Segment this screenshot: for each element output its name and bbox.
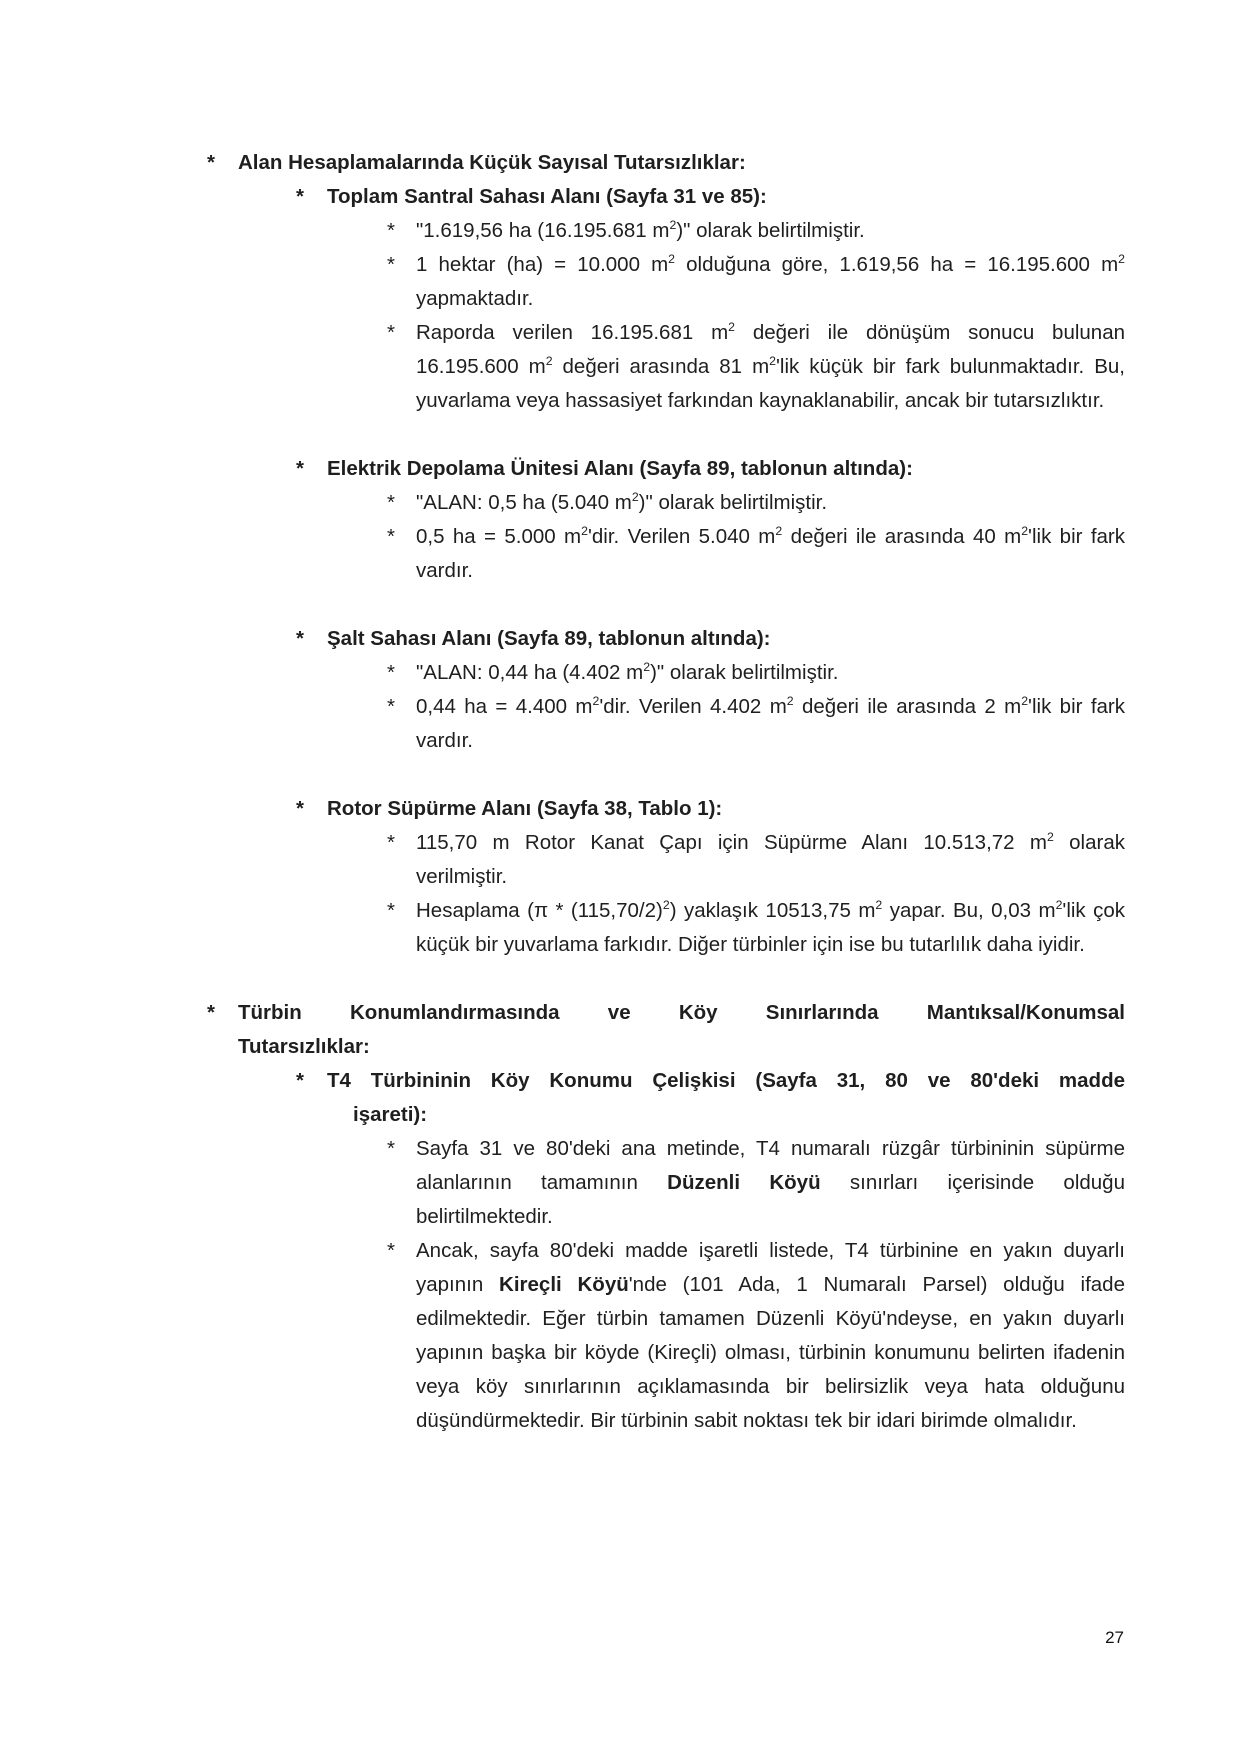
bullet-asterisk: * — [296, 792, 316, 826]
section-heading-area-calculations: * Alan Hesaplamalarında Küçük Sayısal Tu… — [207, 146, 1125, 180]
list-item: * Sayfa 31 ve 80'deki ana metinde, T4 nu… — [207, 1132, 1125, 1234]
superscript: 2 — [1047, 830, 1054, 844]
subsection-heading-rotor-swept-area: * Rotor Süpürme Alanı (Sayfa 38, Tablo 1… — [207, 792, 1125, 826]
bullet-asterisk: * — [387, 1132, 407, 1166]
list-item-text: "1.619,56 ha (16.195.681 m2)" olarak bel… — [416, 219, 865, 242]
village-name-duzenli: Düzenli Köyü — [667, 1171, 820, 1194]
superscript: 2 — [668, 252, 675, 266]
superscript: 2 — [728, 320, 735, 334]
spacer — [207, 588, 1125, 622]
bullet-asterisk: * — [387, 520, 407, 554]
bullet-asterisk: * — [387, 690, 407, 724]
section-heading-line-1: Türbin Konumlandırmasında ve Köy Sınırla… — [238, 996, 1125, 1030]
document-page: * Alan Hesaplamalarında Küçük Sayısal Tu… — [0, 0, 1241, 1755]
list-item-text: 115,70 m Rotor Kanat Çapı için Süpürme A… — [416, 831, 1125, 888]
bullet-asterisk: * — [296, 1064, 316, 1098]
document-body: * Alan Hesaplamalarında Küçük Sayısal Tu… — [207, 146, 1125, 1438]
list-item-text: Ancak, sayfa 80'deki madde işaretli list… — [416, 1239, 1125, 1432]
section-heading-line-2: Tutarsızlıklar: — [238, 1030, 1125, 1064]
list-item-text: 0,5 ha = 5.000 m2'dir. Verilen 5.040 m2 … — [416, 525, 1125, 582]
list-item-text: "ALAN: 0,5 ha (5.040 m2)" olarak belirti… — [416, 491, 827, 514]
bullet-asterisk: * — [296, 180, 316, 214]
bullet-asterisk: * — [387, 826, 407, 860]
superscript: 2 — [546, 354, 553, 368]
bullet-asterisk: * — [387, 1234, 407, 1268]
list-item: * 115,70 m Rotor Kanat Çapı için Süpürme… — [207, 826, 1125, 894]
list-item: * "ALAN: 0,5 ha (5.040 m2)" olarak belir… — [207, 486, 1125, 520]
bullet-asterisk: * — [207, 996, 227, 1030]
subsection-heading-switchyard-area: * Şalt Sahası Alanı (Sayfa 89, tablonun … — [207, 622, 1125, 656]
bullet-asterisk: * — [207, 146, 227, 180]
spacer — [207, 418, 1125, 452]
superscript: 2 — [1056, 898, 1063, 912]
bullet-asterisk: * — [296, 452, 316, 486]
subsection-heading-line-1: T4 Türbininin Köy Konumu Çelişkisi (Sayf… — [327, 1064, 1125, 1098]
list-item: * Ancak, sayfa 80'deki madde işaretli li… — [207, 1234, 1125, 1438]
superscript: 2 — [669, 218, 676, 232]
subsection-heading-text: Toplam Santral Sahası Alanı (Sayfa 31 ve… — [327, 185, 767, 208]
list-item: * 0,44 ha = 4.400 m2'dir. Verilen 4.402 … — [207, 690, 1125, 758]
subsection-heading-storage-unit-area: * Elektrik Depolama Ünitesi Alanı (Sayfa… — [207, 452, 1125, 486]
superscript: 2 — [581, 524, 588, 538]
subsection-heading-t4-village-conflict: * T4 Türbininin Köy Konumu Çelişkisi (Sa… — [207, 1064, 1125, 1132]
superscript: 2 — [593, 694, 600, 708]
list-item: * Hesaplama (π * (115,70/2)2) yaklaşık 1… — [207, 894, 1125, 962]
subsection-heading-line-2: işareti): — [327, 1098, 1125, 1132]
section-heading-turbin-positioning: * Türbin Konumlandırmasında ve Köy Sınır… — [207, 996, 1125, 1064]
superscript: 2 — [632, 490, 639, 504]
subsection-heading-text: Rotor Süpürme Alanı (Sayfa 38, Tablo 1): — [327, 797, 722, 820]
list-item: * 0,5 ha = 5.000 m2'dir. Verilen 5.040 m… — [207, 520, 1125, 588]
bullet-asterisk: * — [387, 656, 407, 690]
list-item: * Raporda verilen 16.195.681 m2 değeri i… — [207, 316, 1125, 418]
bullet-asterisk: * — [296, 622, 316, 656]
subsection-heading-total-site-area: * Toplam Santral Sahası Alanı (Sayfa 31 … — [207, 180, 1125, 214]
superscript: 2 — [787, 694, 794, 708]
subsection-heading-text: Şalt Sahası Alanı (Sayfa 89, tablonun al… — [327, 627, 771, 650]
spacer — [207, 962, 1125, 996]
superscript: 2 — [643, 660, 650, 674]
spacer — [207, 758, 1125, 792]
list-item: * 1 hektar (ha) = 10.000 m2 olduğuna gör… — [207, 248, 1125, 316]
superscript: 2 — [1021, 694, 1028, 708]
list-item-text: "ALAN: 0,44 ha (4.402 m2)" olarak belirt… — [416, 661, 838, 684]
village-name-kirecli: Kireçli Köyü — [499, 1273, 629, 1296]
page-number: 27 — [1100, 1628, 1124, 1648]
list-item-text: 1 hektar (ha) = 10.000 m2 olduğuna göre,… — [416, 253, 1125, 310]
bullet-asterisk: * — [387, 248, 407, 282]
superscript: 2 — [1118, 252, 1125, 266]
bullet-asterisk: * — [387, 486, 407, 520]
list-item-text: Sayfa 31 ve 80'deki ana metinde, T4 numa… — [416, 1137, 1125, 1228]
list-item-text: Hesaplama (π * (115,70/2)2) yaklaşık 105… — [416, 899, 1125, 956]
superscript: 2 — [769, 354, 776, 368]
superscript: 2 — [663, 898, 670, 912]
list-item-text: Raporda verilen 16.195.681 m2 değeri ile… — [416, 321, 1125, 412]
superscript: 2 — [875, 898, 882, 912]
list-item: * "1.619,56 ha (16.195.681 m2)" olarak b… — [207, 214, 1125, 248]
list-item-text: 0,44 ha = 4.400 m2'dir. Verilen 4.402 m2… — [416, 695, 1125, 752]
subsection-heading-text: Elektrik Depolama Ünitesi Alanı (Sayfa 8… — [327, 457, 913, 480]
text-run: 'nde (101 Ada, 1 Numaralı Parsel) olduğu… — [416, 1273, 1125, 1432]
list-item: * "ALAN: 0,44 ha (4.402 m2)" olarak beli… — [207, 656, 1125, 690]
superscript: 2 — [1021, 524, 1028, 538]
section-heading-text: Alan Hesaplamalarında Küçük Sayısal Tuta… — [238, 151, 746, 174]
bullet-asterisk: * — [387, 214, 407, 248]
superscript: 2 — [775, 524, 782, 538]
bullet-asterisk: * — [387, 894, 407, 928]
bullet-asterisk: * — [387, 316, 407, 350]
